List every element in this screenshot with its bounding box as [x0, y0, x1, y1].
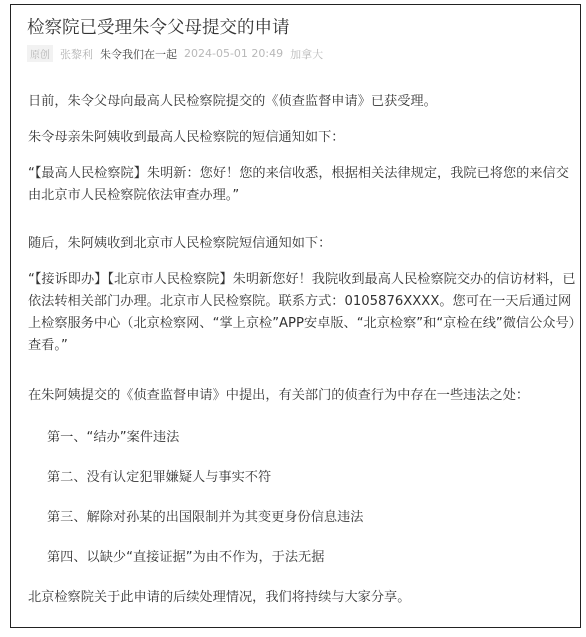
paragraph-2: 朱令母亲朱阿姨收到最高人民检察院的短信通知如下：: [28, 127, 345, 149]
account-name-link[interactable]: 朱令我们在一起: [100, 46, 177, 62]
article-meta: 原创 张黎利 朱令我们在一起 2024-05-01 20:49 加拿大: [27, 45, 323, 62]
paragraph-6: 在朱阿姨提交的《侦查监督申请》中提出，有关部门的侦查行为中存在一些违法之处：: [28, 385, 529, 407]
list-item: 第二、没有认定犯罪嫌疑人与事实不符: [47, 467, 271, 489]
publish-location: 加拿大: [290, 46, 323, 62]
paragraph-3-quote: “【最高人民检察院】朱明新：您好！您的来信收悉，根据相关法律规定，我院已将您的来…: [28, 163, 580, 207]
author-name: 张黎利: [60, 46, 93, 62]
publish-datetime: 2024-05-01 20:49: [184, 47, 283, 60]
list-item: 第一、“结办”案件违法: [47, 427, 179, 449]
paragraph-7: 北京检察院关于此申请的后续处理情况，我们将持续与大家分享。: [28, 587, 410, 609]
paragraph-5-quote: “【接诉即办】【北京市人民检察院】朱明新您好！我院收到最高人民检察院交办的信访材…: [28, 269, 580, 357]
original-tag: 原创: [27, 45, 53, 62]
paragraph-1: 日前，朱令父母向最高人民检察院提交的《侦查监督申请》已获受理。: [28, 91, 437, 113]
list-item: 第四、以缺少“直接证据”为由不作为，于法无据: [47, 547, 324, 569]
paragraph-4: 随后，朱阿姨收到北京市人民检察院短信通知如下：: [28, 233, 331, 255]
article-title: 检察院已受理朱令父母提交的申请: [27, 14, 290, 39]
article-frame: 检察院已受理朱令父母提交的申请 原创 张黎利 朱令我们在一起 2024-05-0…: [10, 4, 581, 628]
list-item: 第三、解除对孙某的出国限制并为其变更身份信息违法: [47, 507, 364, 529]
